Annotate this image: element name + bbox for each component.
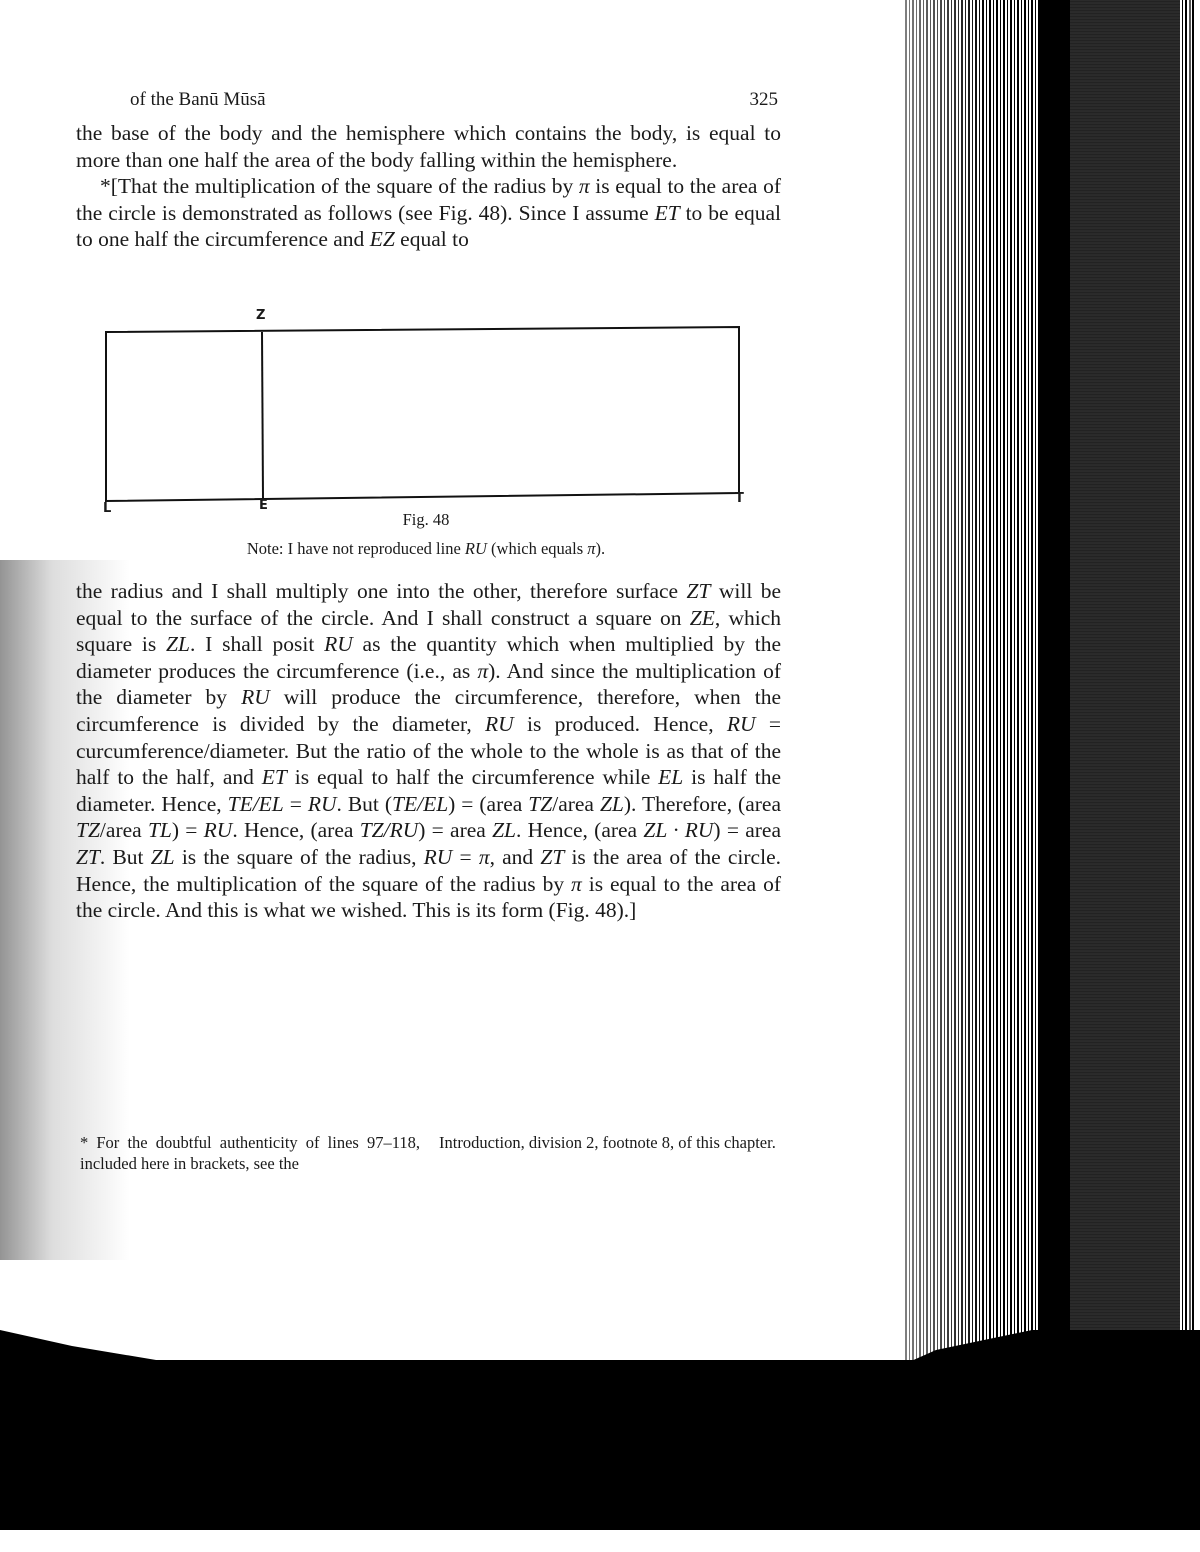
math-var: ZT (76, 845, 100, 869)
math-var: TE/EL (228, 792, 284, 816)
math-var: ZL · RU (643, 818, 713, 842)
text-run: . Hence, (area (232, 818, 359, 842)
pi-symbol: π (477, 659, 488, 683)
math-var: ZL (166, 632, 190, 656)
math-var: RU (204, 818, 233, 842)
text-run: . I shall posit (190, 632, 324, 656)
text-run: . But ( (336, 792, 392, 816)
text-run: = (452, 845, 478, 869)
running-head-title: of the Banū Mūsā (130, 89, 266, 111)
text-run: Note: I have not reproduced line (247, 539, 465, 558)
text-run: . Hence, (area (516, 818, 643, 842)
footnote-right-column: Introduction, division 2, footnote 8, of… (439, 1132, 784, 1153)
figure-48-diagram (96, 305, 756, 515)
text-run: the radius and I shall multiply one into… (76, 579, 687, 603)
text-run: is produced. Hence, (514, 712, 727, 736)
math-var: ZT (687, 579, 711, 603)
text-run: is equal to half the circumference while (287, 765, 658, 789)
running-head: of the Banū Mūsā 325 (130, 89, 780, 115)
text-run: = (284, 792, 308, 816)
text-run: /area (100, 818, 148, 842)
text-run: ) = area (713, 818, 781, 842)
body-text-bottom: the radius and I shall multiply one into… (76, 578, 781, 924)
label-t: T (735, 491, 744, 506)
label-z: Z (256, 308, 265, 323)
figure-48: Z L E T (96, 305, 756, 515)
math-var: RU (308, 792, 337, 816)
text-run: . But (100, 845, 151, 869)
text-run: ) = area (418, 818, 492, 842)
book-page-edges (905, 0, 1195, 1530)
page-number: 325 (750, 89, 779, 111)
scan-bottom-black (0, 1360, 1200, 1530)
page-edge-grey-band (1070, 0, 1180, 1530)
page-edge-fade (905, 0, 1040, 1530)
math-var: RU (324, 632, 353, 656)
text-run: /area (552, 792, 600, 816)
pi-symbol: π (579, 174, 590, 198)
text-run: equal to (395, 227, 469, 251)
footnote-left-column: * For the doubtful authenticity of lines… (80, 1132, 420, 1174)
page-edge-line (1189, 0, 1191, 1530)
math-var: TZ (76, 818, 100, 842)
math-var: TL (148, 818, 172, 842)
math-var: ZL (492, 818, 516, 842)
text-run: ). Therefore, (area (624, 792, 781, 816)
text-run: *[That the multiplication of the square … (100, 174, 579, 198)
math-var: RU (727, 712, 756, 736)
math-var: TZ (528, 792, 552, 816)
math-var: RU (485, 712, 514, 736)
math-var: EL (658, 765, 683, 789)
text-run: ) = (172, 818, 204, 842)
math-var: π (479, 845, 490, 869)
paragraph-3: the radius and I shall multiply one into… (76, 578, 781, 924)
math-var: RU (424, 845, 453, 869)
text-run: ). (596, 539, 606, 558)
paragraph-1: the base of the body and the hemisphere … (76, 120, 781, 173)
text-run: is the square of the radius, (175, 845, 424, 869)
text-run: ) = (area (448, 792, 528, 816)
math-var: ET (655, 201, 680, 225)
math-var: TZ/RU (360, 818, 419, 842)
page-edge-dark-band (1040, 0, 1070, 1530)
pi-symbol: π (587, 539, 595, 558)
math-var: ZL (600, 792, 624, 816)
text-run: (which equals (487, 539, 587, 558)
text-run: , and (490, 845, 541, 869)
pi-symbol: π (571, 872, 582, 896)
math-var: ZT (540, 845, 564, 869)
math-var: ZL (151, 845, 175, 869)
math-var: RU (241, 685, 270, 709)
math-var: RU (465, 539, 487, 558)
math-var: EZ (370, 227, 395, 251)
math-var: ET (262, 765, 287, 789)
figure-caption: Fig. 48 (96, 510, 756, 530)
math-var: TE/EL (392, 792, 448, 816)
figure-note: Note: I have not reproduced line RU (whi… (96, 539, 756, 559)
body-text-top: the base of the body and the hemisphere … (76, 120, 781, 253)
math-var: ZE (690, 606, 715, 630)
paragraph-2: *[That the multiplication of the square … (76, 173, 781, 253)
